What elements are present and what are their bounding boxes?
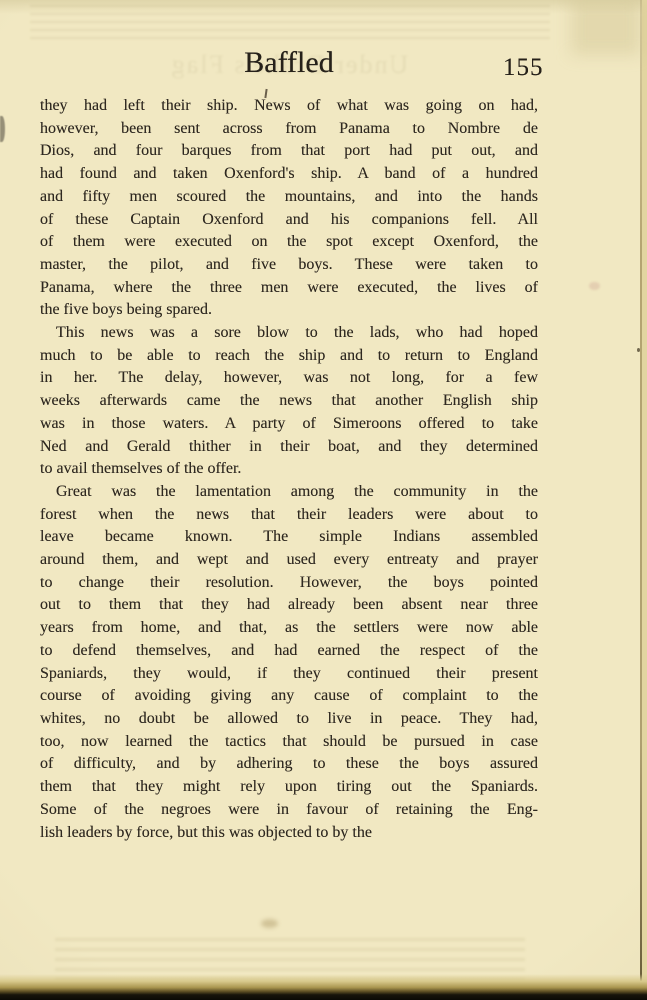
- text-line: This news was a sore blow to the lads, w…: [40, 322, 538, 345]
- page-number: 155: [503, 55, 555, 81]
- text-line: they had left their ship. News of what w…: [40, 95, 538, 118]
- paper-smudge: [589, 282, 600, 290]
- page-edge-band: [642, 0, 647, 992]
- text-line: master, the pilot, and five boys. These …: [40, 254, 538, 277]
- text-line: to defend themselves, and had earned the…: [40, 640, 538, 663]
- text-line: of difficulty, and by adhering to these …: [40, 753, 538, 776]
- text-line: leave became known. The simple Indians a…: [40, 526, 538, 549]
- text-line: in her. The delay, however, was not long…: [40, 367, 538, 390]
- book-page-scan: Under Drake's Flag Baffled 155 they had …: [0, 0, 647, 1000]
- text-line: Panama, where the three men were execute…: [40, 277, 538, 300]
- text-line: was in those waters. A party of Simeroon…: [40, 413, 538, 436]
- text-line: them that they might rely upon tiring ou…: [40, 776, 538, 799]
- text-line: Great was the lamentation among the comm…: [40, 481, 538, 504]
- text-line: and fifty men scoured the mountains, and…: [40, 186, 538, 209]
- text-line: had found and taken Oxenford's ship. A b…: [40, 163, 538, 186]
- text-line: Some of the negroes were in favour of re…: [40, 799, 538, 822]
- paper-smudge: [261, 919, 278, 928]
- corner-shading: [571, 0, 641, 55]
- text-line: lish leaders by force, but this was obje…: [40, 822, 538, 845]
- left-edge-mark: [0, 116, 5, 142]
- text-line: Dios, and four barques from that port ha…: [40, 140, 538, 163]
- text-line: too, now learned the tactics that should…: [40, 731, 538, 754]
- text-line: out to them that they had already been a…: [40, 594, 538, 617]
- paper-streaks-top: [30, 5, 550, 41]
- ink-speck: [637, 348, 640, 352]
- text-line: years from home, and that, as the settle…: [40, 617, 538, 640]
- text-line: whites, no doubt be allowed to live in p…: [40, 708, 538, 731]
- text-line: Spaniards, they would, if they continued…: [40, 663, 538, 686]
- text-line: to avail themselves of the offer.: [40, 458, 538, 481]
- text-line: to change their resolution. However, the…: [40, 572, 538, 595]
- page-edge-line: [640, 0, 642, 990]
- text-line: much to be able to reach the ship and to…: [40, 345, 538, 368]
- text-line: of them were executed on the spot except…: [40, 231, 538, 254]
- text-line: course of avoiding giving any cause of c…: [40, 685, 538, 708]
- text-line: weeks afterwards came the news that anot…: [40, 390, 538, 413]
- text-line: around them, and wept and used every ent…: [40, 549, 538, 572]
- page-body: they had left their ship. News of what w…: [40, 95, 538, 844]
- running-head-title: Baffled: [40, 46, 538, 80]
- text-line: of these Captain Oxenford and his compan…: [40, 209, 538, 232]
- text-line: forest when the news that their leaders …: [40, 504, 538, 527]
- text-line: Ned and Gerald thither in their boat, an…: [40, 436, 538, 459]
- text-line: however, been sent across from Panama to…: [40, 118, 538, 141]
- text-line: the five boys being spared.: [40, 299, 538, 322]
- page-bottom-edge: [0, 974, 647, 1000]
